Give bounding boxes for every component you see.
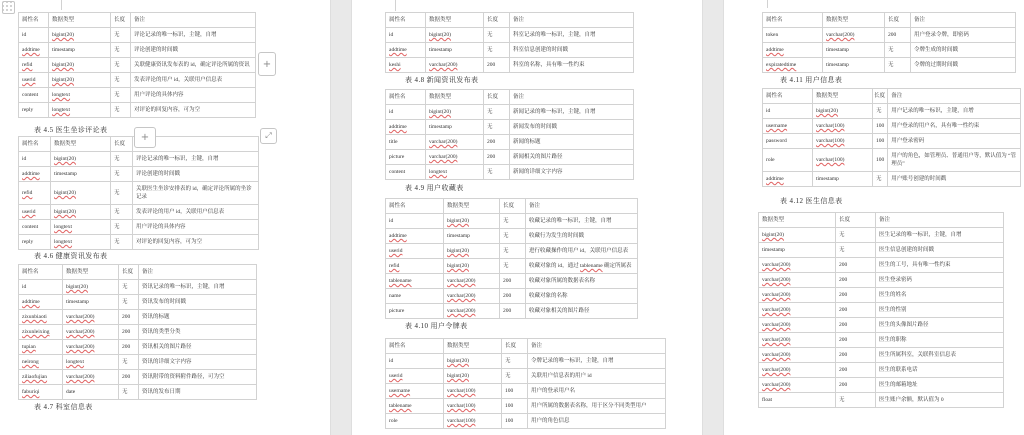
table-cell[interactable]: role [763, 149, 813, 172]
table-cell[interactable]: varchar(200) [759, 318, 836, 333]
table-cell[interactable]: 用户的登录用户名 [528, 384, 666, 399]
table-cell[interactable]: 资讯的标题 [139, 310, 257, 325]
table-cell[interactable]: 无 [111, 152, 133, 167]
table-cell[interactable]: expiratedtime [763, 58, 823, 73]
schema-table-doctor-info[interactable]: 数据类型长度备注bigint(20)无医生记录的唯一标识，主键，自增timest… [758, 212, 1004, 408]
table-cell[interactable]: varchar(200) [759, 363, 836, 378]
table-cell[interactable]: 新闻的标题 [510, 135, 634, 150]
expand-table-button[interactable]: ⤢ [260, 128, 277, 144]
table-cell[interactable]: addtime [386, 229, 444, 244]
table-cell[interactable]: timestamp [49, 43, 111, 58]
table-cell[interactable]: reply [19, 235, 51, 250]
table-cell[interactable]: 无 [484, 28, 510, 43]
table-cell[interactable]: refid [19, 58, 49, 73]
table-cell[interactable]: 关联用户信息表的用户 id [528, 369, 666, 384]
table-caption[interactable]: 表 4.9 用户收藏表 [405, 183, 464, 193]
table-cell[interactable]: 用户记录的唯一标识，主键，自增 [888, 104, 1021, 119]
table-cell[interactable]: 医生所属科室，关联科室信息表 [876, 348, 1004, 363]
table-cell[interactable]: zixunbiaoti [19, 310, 63, 325]
table-cell[interactable]: 医生的联系电话 [876, 363, 1004, 378]
table-cell[interactable]: 无 [836, 243, 876, 258]
table-cell[interactable]: 资讯发布的时间戳 [139, 295, 257, 310]
page-1[interactable]: 属性名数据类型长度备注idbigint(20)无评论记录的唯一标识，主键，自增a… [0, 0, 330, 435]
table-cell[interactable]: 无 [111, 182, 133, 205]
page-3[interactable]: 属性名数据类型长度备注tokenvarchar(200)200用户登录令牌，即密… [724, 0, 1024, 435]
table-cell[interactable]: longtext [426, 165, 484, 180]
table-cell[interactable]: 无 [111, 205, 133, 220]
table-cell[interactable]: varchar(200) [823, 28, 885, 43]
table-cell[interactable]: 100 [873, 119, 888, 134]
table-cell[interactable]: refid [19, 182, 51, 205]
schema-table-user-token[interactable]: 属性名数据类型长度备注idbigint(20)无令牌记录的唯一标识，主键，自增u… [385, 338, 666, 429]
table-cell[interactable]: 200 [836, 363, 876, 378]
table-cell[interactable]: faburiqi [19, 385, 63, 400]
table-cell[interactable]: 无 [119, 385, 139, 400]
table-cell[interactable]: timestamp [823, 43, 885, 58]
table-cell[interactable]: 医生的头像图片路径 [876, 318, 1004, 333]
column-header[interactable]: 备注 [876, 213, 1004, 228]
table-cell[interactable]: neirong [19, 355, 63, 370]
table-cell[interactable]: 200 [119, 370, 139, 385]
table-cell[interactable]: 评论创建的时间戳 [133, 167, 259, 182]
table-cell[interactable]: ziliaofujian [19, 370, 63, 385]
table-cell[interactable]: 对评论的回复内容，可为空 [131, 103, 256, 118]
table-cell[interactable]: 收藏行为发生的时间戳 [526, 229, 638, 244]
table-cell[interactable]: 医生的姓名 [876, 288, 1004, 303]
table-cell[interactable]: 无 [500, 259, 526, 274]
schema-table-health-info-comments[interactable]: 属性名数据类型长度备注idbigint(20)无评论记录的唯一标识，主键，自增a… [18, 136, 259, 250]
table-cell[interactable]: content [386, 165, 426, 180]
table-cell[interactable]: 无 [873, 104, 888, 119]
table-cell[interactable]: 评论记录的唯一标识，主键，自增 [131, 28, 256, 43]
table-cell[interactable]: keshi [386, 58, 426, 73]
table-cell[interactable]: 医生信息创建的时间戳 [876, 243, 1004, 258]
table-caption[interactable]: 表 4.11 用户信息表 [780, 75, 842, 85]
table-cell[interactable]: 收藏对象相关的图片路径 [526, 304, 638, 319]
table-cell[interactable]: tablename [386, 274, 444, 289]
table-cell[interactable]: id [19, 152, 51, 167]
table-row: passwordvarchar(100)100用户登录密码 [763, 134, 1021, 149]
table-cell[interactable]: 医生登录密码 [876, 273, 1004, 288]
table-cell[interactable]: 发表评论的用户 id，关联用户信息表 [133, 205, 259, 220]
table-cell[interactable]: varchar(200) [63, 340, 119, 355]
schema-table-department[interactable]: 属性名数据类型长度备注idbigint(20)无科室记录的唯一标识，主键，自增a… [385, 12, 634, 73]
table-cell[interactable]: userid [19, 73, 49, 88]
table-cell[interactable]: 无 [885, 58, 911, 73]
table-cell[interactable]: 评论记录的唯一标识，主键，自增 [133, 152, 259, 167]
table-cell[interactable]: 无 [111, 220, 133, 235]
table-cell[interactable]: 无 [111, 103, 131, 118]
column-header[interactable]: 备注 [510, 13, 634, 28]
table-caption[interactable]: 表 4.8 新闻资讯发布表 [405, 75, 478, 85]
schema-table-user-favorites[interactable]: 属性名数据类型长度备注idbigint(20)无收藏记录的唯一标识，主键，自增a… [385, 198, 638, 319]
column-header[interactable]: 长度 [502, 339, 528, 354]
table-cell[interactable]: 200 [119, 340, 139, 355]
table-cell[interactable]: addtime [386, 120, 426, 135]
misspelled-token: varchar(200) [762, 382, 790, 388]
table-cell[interactable]: varchar(200) [759, 303, 836, 318]
column-header[interactable]: 数据类型 [444, 199, 500, 214]
table-cell[interactable]: 医生账户余额，默认值为 0 [876, 393, 1004, 408]
table-cell[interactable]: 令牌的过期时间戳 [911, 58, 1016, 73]
column-header[interactable]: 属性名 [386, 13, 426, 28]
table-cell[interactable]: varchar(200) [444, 274, 500, 289]
table-cell[interactable]: 科室信息创建的时间戳 [510, 43, 634, 58]
table-cell[interactable]: 用户账号创建的时间戳 [888, 172, 1021, 187]
table-cell[interactable]: tupian [19, 340, 63, 355]
table-cell[interactable]: longtext [49, 103, 111, 118]
table-cell[interactable]: longtext [51, 220, 111, 235]
table-row: timestamp无医生信息创建的时间戳 [759, 243, 1004, 258]
column-header[interactable]: 数据类型 [51, 137, 111, 152]
column-header[interactable]: 备注 [528, 339, 666, 354]
table-cell[interactable]: 医生的工号，具有唯一性约束 [876, 258, 1004, 273]
table-cell[interactable]: 无 [500, 244, 526, 259]
column-header[interactable]: 长度 [885, 13, 911, 28]
table-cell[interactable]: 无 [484, 105, 510, 120]
table-cell[interactable]: 用户的角色信息 [528, 414, 666, 429]
table-cell[interactable]: varchar(200) [759, 258, 836, 273]
table-cell[interactable]: 医生的邮箱地址 [876, 378, 1004, 393]
table-cell[interactable]: 发表评论的用户 id，关联用户信息表 [131, 73, 256, 88]
table-row: useridbigint(20)无进行收藏操作的用户 id，关联用户信息表 [386, 244, 638, 259]
column-header[interactable]: 数据类型 [823, 13, 885, 28]
column-header[interactable]: 长度 [484, 90, 510, 105]
column-header[interactable]: 数据类型 [49, 13, 111, 28]
table-cell[interactable]: userid [386, 369, 444, 384]
table-caption[interactable]: 表 4.7 科室信息表 [34, 402, 93, 412]
table-cell[interactable]: 资讯的详细文字内容 [139, 355, 257, 370]
table-cell[interactable]: 200 [836, 348, 876, 363]
table-cell[interactable]: 无 [111, 58, 131, 73]
table-cell[interactable]: 用户登录的用户名，具有唯一性约束 [888, 119, 1021, 134]
table-cell[interactable]: 200 [500, 304, 526, 319]
table-cell[interactable]: bigint(20) [63, 280, 119, 295]
column-header[interactable]: 属性名 [19, 13, 49, 28]
table-cell[interactable]: bigint(20) [444, 214, 500, 229]
table-cell[interactable]: tablename [386, 399, 444, 414]
table-cell[interactable]: varchar(100) [444, 399, 502, 414]
schema-table-news-publish[interactable]: 属性名数据类型长度备注idbigint(20)无新闻记录的唯一标识，主键，自增a… [385, 89, 634, 180]
table-cell[interactable]: 无 [111, 88, 131, 103]
table-cell[interactable]: 无 [484, 120, 510, 135]
table-cell[interactable]: picture [386, 150, 426, 165]
table-cell[interactable]: 200 [836, 333, 876, 348]
table-cell[interactable]: longtext [63, 355, 119, 370]
table-cell[interactable]: 无 [111, 235, 133, 250]
table-cell[interactable]: 用户登录令牌，即密码 [911, 28, 1016, 43]
column-header[interactable]: 备注 [131, 13, 256, 28]
table-cell[interactable]: 200 [836, 258, 876, 273]
table-cell[interactable]: 200 [119, 325, 139, 340]
table-cell[interactable]: 无 [111, 167, 133, 182]
column-header[interactable]: 属性名 [386, 199, 444, 214]
table-cell[interactable]: longtext [49, 88, 111, 103]
table-cell[interactable]: 100 [502, 384, 528, 399]
table-cell[interactable]: 200 [119, 310, 139, 325]
table-cell[interactable]: varchar(200) [759, 333, 836, 348]
column-header[interactable]: 长度 [111, 13, 131, 28]
page-2[interactable]: 属性名数据类型长度备注idbigint(20)无科室记录的唯一标识，主键，自增a… [352, 0, 702, 435]
table-cell[interactable]: 用户评论的具体内容 [131, 88, 256, 103]
table-cell[interactable]: 无 [885, 43, 911, 58]
column-header[interactable]: 数据类型 [426, 90, 484, 105]
column-header[interactable]: 属性名 [19, 137, 51, 152]
column-header[interactable]: 数据类型 [759, 213, 836, 228]
column-header[interactable]: 长度 [111, 137, 133, 152]
table-cell[interactable]: 资讯的发布日期 [139, 385, 257, 400]
table-cell[interactable]: 对评论的回复内容，可为空 [133, 235, 259, 250]
table-cell[interactable]: content [19, 88, 49, 103]
column-header[interactable]: 长度 [119, 265, 139, 280]
table-cell[interactable]: 用户评论的具体内容 [133, 220, 259, 235]
table-cell[interactable]: 科室的名称，具有唯一性约束 [510, 58, 634, 73]
column-header[interactable]: 备注 [510, 90, 634, 105]
table-cell[interactable]: 无 [111, 28, 131, 43]
table-cell[interactable]: varchar(200) [759, 378, 836, 393]
table-cell[interactable]: timestamp [813, 172, 873, 187]
table-cell[interactable]: 新闻发布的时间戳 [510, 120, 634, 135]
insert-row-button[interactable]: + [134, 127, 156, 148]
table-cell[interactable]: bigint(20) [49, 58, 111, 73]
table-cell[interactable]: 用户登录密码 [888, 134, 1021, 149]
table-move-handle-icon[interactable] [2, 1, 15, 14]
table-cell[interactable]: bigint(20) [49, 73, 111, 88]
table-cell[interactable]: varchar(100) [444, 384, 502, 399]
table-cell[interactable]: bigint(20) [444, 259, 500, 274]
table-cell[interactable]: 无 [484, 43, 510, 58]
table-cell[interactable]: 无 [484, 165, 510, 180]
column-header[interactable]: 长度 [873, 89, 888, 104]
table-cell[interactable]: varchar(200) [63, 310, 119, 325]
table-cell[interactable]: 医生的职称 [876, 333, 1004, 348]
table-cell[interactable]: 200 [484, 150, 510, 165]
table-cell[interactable]: bigint(20) [444, 369, 502, 384]
table-cell[interactable]: 100 [502, 414, 528, 429]
table-row: useridbigint(20)无发表评论的用户 id，关联用户信息表 [19, 73, 256, 88]
table-cell[interactable]: addtime [19, 43, 49, 58]
table-cell[interactable]: 令牌记录的唯一标识，主键，自增 [528, 354, 666, 369]
misspelled-token: username [766, 123, 787, 129]
table-cell[interactable]: addtime [386, 43, 426, 58]
table-cell[interactable]: timestamp [444, 229, 500, 244]
table-cell[interactable]: bigint(20) [444, 244, 500, 259]
table-cell[interactable]: 医生记录的唯一标识，主键，自增 [876, 228, 1004, 243]
table-cell[interactable]: content [19, 220, 51, 235]
table-cell[interactable]: bigint(20) [51, 182, 111, 205]
table-cell[interactable]: float [759, 393, 836, 408]
table-cell[interactable]: 收藏记录的唯一标识，主键，自增 [526, 214, 638, 229]
table-cell[interactable]: bigint(20) [813, 104, 873, 119]
column-header[interactable]: 备注 [911, 13, 1016, 28]
table-cell[interactable]: varchar(100) [813, 134, 873, 149]
table-cell[interactable]: timestamp [823, 58, 885, 73]
table-cell[interactable]: varchar(200) [426, 135, 484, 150]
table-cell[interactable]: id [386, 105, 426, 120]
table-cell[interactable]: 进行收藏操作的用户 id，关联用户信息表 [526, 244, 638, 259]
table-cell[interactable]: bigint(20) [426, 28, 484, 43]
table-cell[interactable]: userid [386, 244, 444, 259]
table-cell[interactable]: bigint(20) [49, 28, 111, 43]
table-cell[interactable]: 无 [111, 43, 131, 58]
column-header[interactable]: 长度 [500, 199, 526, 214]
column-header[interactable]: 数据类型 [63, 265, 119, 280]
table-cell[interactable]: addtime [19, 295, 63, 310]
table-cell[interactable]: varchar(200) [63, 325, 119, 340]
table-cell[interactable]: id [19, 28, 49, 43]
table-cell[interactable]: bigint(20) [426, 105, 484, 120]
table-cell[interactable]: varchar(200) [63, 370, 119, 385]
table-cell[interactable]: varchar(200) [759, 288, 836, 303]
table-cell[interactable]: varchar(200) [426, 58, 484, 73]
table-cell[interactable]: date [63, 385, 119, 400]
table-cell[interactable]: 令牌生成的时间戳 [911, 43, 1016, 58]
table-cell[interactable]: 200 [836, 303, 876, 318]
table-cell[interactable]: varchar(200) [759, 273, 836, 288]
table-cell[interactable]: id [19, 280, 63, 295]
table-cell[interactable]: varchar(100) [813, 119, 873, 134]
table-cell[interactable]: 无 [500, 229, 526, 244]
table-cell[interactable]: 用户所属的数据表名称，用于区分不同类型用户 [528, 399, 666, 414]
table-cell[interactable]: 资讯附带的资料附件路径，可为空 [139, 370, 257, 385]
table-cell[interactable]: id [386, 214, 444, 229]
table-cell[interactable]: 无 [836, 393, 876, 408]
column-header[interactable]: 长度 [484, 13, 510, 28]
table-caption[interactable]: 表 4.6 健康资讯发布表 [34, 251, 107, 261]
table-caption[interactable]: 表 4.5 医生坐诊评论表 [34, 125, 107, 135]
table-cell[interactable]: userid [19, 205, 51, 220]
table-cell[interactable]: 无 [873, 172, 888, 187]
table-caption[interactable]: 表 4.10 用户令牌表 [405, 321, 468, 331]
table-cell[interactable]: 用户的角色，如管理员、普通用户等，默认值为 “管理员” [888, 149, 1021, 172]
table-cell[interactable]: 新闻相关的图片路径 [510, 150, 634, 165]
table-cell[interactable]: 200 [484, 58, 510, 73]
table-cell[interactable]: 200 [836, 273, 876, 288]
column-header[interactable]: 属性名 [19, 265, 63, 280]
table-cell[interactable]: 100 [873, 149, 888, 172]
column-header[interactable]: 属性名 [763, 13, 823, 28]
table-cell[interactable]: addtime [19, 167, 51, 182]
table-cell[interactable]: 资讯相关的图片路径 [139, 340, 257, 355]
column-header[interactable]: 数据类型 [426, 13, 484, 28]
table-cell[interactable]: timestamp [63, 295, 119, 310]
table-cell[interactable]: username [763, 119, 813, 134]
table-cell[interactable]: 无 [111, 73, 131, 88]
table-cell[interactable]: 无 [836, 228, 876, 243]
schema-table-health-info-publish[interactable]: 属性名数据类型长度备注idbigint(20)无资讯记录的唯一标识，主键，自增a… [18, 264, 257, 400]
schema-table-user-token-continued[interactable]: 属性名数据类型长度备注tokenvarchar(200)200用户登录令牌，即密… [762, 12, 1016, 73]
table-cell[interactable]: 新闻记录的唯一标识，主键，自增 [510, 105, 634, 120]
table-cell[interactable]: 新闻的详细文字内容 [510, 165, 634, 180]
table-cell[interactable]: 资讯的类型分类 [139, 325, 257, 340]
misspelled-token: addtime [22, 299, 40, 305]
table-cell[interactable]: bigint(20) [51, 205, 111, 220]
column-header[interactable]: 数据类型 [813, 89, 873, 104]
table-cell[interactable]: role [386, 414, 444, 429]
table-cell[interactable]: password [763, 134, 813, 149]
column-header[interactable]: 长度 [836, 213, 876, 228]
table-cell[interactable]: 无 [502, 354, 528, 369]
table-cell[interactable]: zixunleixing [19, 325, 63, 340]
table-cell[interactable]: 收藏对象的名称 [526, 289, 638, 304]
table-cell[interactable]: 资讯记录的唯一标识，主键，自增 [139, 280, 257, 295]
table-cell[interactable]: token [763, 28, 823, 43]
schema-table-doctor-visit-comments[interactable]: 属性名数据类型长度备注idbigint(20)无评论记录的唯一标识，主键，自增a… [18, 12, 256, 118]
table-cell[interactable]: 收藏对象的 id，通过 tablename 确定所属表 [526, 259, 638, 274]
table-cell[interactable]: longtext [51, 235, 111, 250]
table-cell[interactable]: varchar(200) [759, 348, 836, 363]
table-cell[interactable]: bigint(20) [759, 228, 836, 243]
table-cell[interactable]: timestamp [426, 43, 484, 58]
table-cell[interactable]: refid [386, 259, 444, 274]
table-cell[interactable]: varchar(200) [444, 304, 500, 319]
schema-table-user-info[interactable]: 属性名数据类型长度备注idbigint(20)无用户记录的唯一标识，主键，自增u… [762, 88, 1021, 187]
column-header[interactable]: 备注 [139, 265, 257, 280]
column-header[interactable]: 备注 [888, 89, 1021, 104]
table-cell[interactable]: bigint(20) [51, 152, 111, 167]
table-row: expiratedtimetimestamp无令牌的过期时间戳 [763, 58, 1016, 73]
table-cell[interactable]: 200 [500, 274, 526, 289]
table-cell[interactable]: addtime [763, 43, 823, 58]
table-cell[interactable]: id [763, 104, 813, 119]
table-cell[interactable]: 200 [500, 289, 526, 304]
table-cell[interactable]: 无 [119, 355, 139, 370]
insert-column-button[interactable]: + [258, 52, 276, 76]
table-cell[interactable]: varchar(100) [813, 149, 873, 172]
table-cell[interactable]: title [386, 135, 426, 150]
table-cell[interactable]: id [386, 28, 426, 43]
table-cell[interactable]: 无 [502, 369, 528, 384]
table-cell[interactable]: 评论创建的时间戳 [131, 43, 256, 58]
column-header[interactable]: 备注 [526, 199, 638, 214]
table-cell[interactable]: varchar(100) [444, 414, 502, 429]
table-cell[interactable]: picture [386, 304, 444, 319]
table-cell[interactable]: username [386, 384, 444, 399]
table-cell[interactable]: 医生的性别 [876, 303, 1004, 318]
table-cell[interactable]: varchar(200) [444, 289, 500, 304]
table-cell[interactable]: id [386, 354, 444, 369]
table-cell[interactable]: 100 [502, 399, 528, 414]
table-cell[interactable]: 200 [836, 288, 876, 303]
table-cell[interactable]: timestamp [426, 120, 484, 135]
table-cell[interactable]: varchar(200) [426, 150, 484, 165]
table-cell[interactable]: bigint(20) [444, 354, 502, 369]
table-cell[interactable]: 科室记录的唯一标识，主键，自增 [510, 28, 634, 43]
table-cell[interactable]: 无 [119, 280, 139, 295]
table-cell[interactable]: timestamp [759, 243, 836, 258]
table-cell[interactable]: reply [19, 103, 49, 118]
column-header[interactable]: 属性名 [386, 90, 426, 105]
table-cell[interactable]: 200 [836, 378, 876, 393]
table-cell[interactable]: 200 [836, 318, 876, 333]
column-header[interactable]: 数据类型 [444, 339, 502, 354]
table-cell[interactable]: 关联医生坐诊安排表的 id，确定评论所属的坐诊记录 [133, 182, 259, 205]
table-cell[interactable]: 无 [500, 214, 526, 229]
column-header[interactable]: 属性名 [386, 339, 444, 354]
table-cell[interactable]: 200 [484, 135, 510, 150]
table-caption[interactable]: 表 4.12 医生信息表 [780, 196, 843, 206]
table-cell[interactable]: 200 [885, 28, 911, 43]
table-cell[interactable]: timestamp [51, 167, 111, 182]
table-cell[interactable]: 100 [873, 134, 888, 149]
table-cell[interactable]: 无 [119, 295, 139, 310]
column-header[interactable]: 属性名 [763, 89, 813, 104]
table-cell[interactable]: 收藏对象所属的数据表名称 [526, 274, 638, 289]
table-cell[interactable]: addtime [763, 172, 813, 187]
table-cell[interactable]: name [386, 289, 444, 304]
table-cell[interactable]: 关联健康资讯发布表的 id，确定评论所属的资讯 [131, 58, 256, 73]
plus-icon: + [141, 132, 149, 143]
